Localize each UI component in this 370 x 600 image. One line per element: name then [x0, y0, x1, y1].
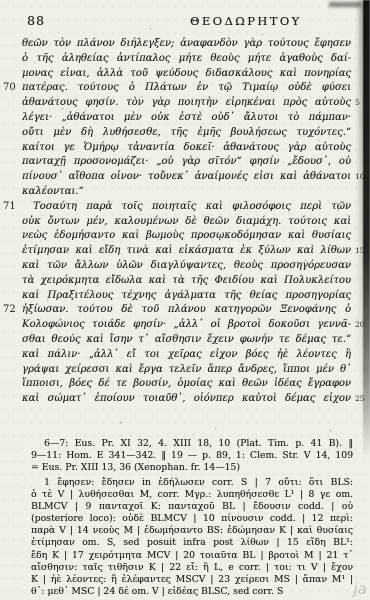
text-line: καίτοι γε Ὁμήρῳ τἀναντία δοκεῖ· ἀθανάτου…: [3, 141, 368, 156]
apparatus-line: ὁ τὲ V | λυθήσεσθαι M, corr. Mγρ.: λυπηθ…: [31, 489, 353, 501]
text-line: Κολοφώνιος τοιάδε φησίν· „ἀλλ᾽ οἱ βροτοὶ…: [3, 318, 368, 333]
line-text: τὰ χειρόκμητα εἴδωλα καὶ τὰ τῆς Φειδίου …: [22, 274, 355, 289]
apparatus-line: K | ἠὲ λέοντες: ἢ ἐλέφαντες MSCV | 23 χε…: [31, 574, 353, 586]
line-text: πατέρας. τούτους ὁ Πλάτων ἐν τῷ Τιμαίῳ ο…: [22, 81, 355, 96]
line-number: 15: [355, 244, 368, 259]
text-line: καὶ τῶν ἄλλων ὑλῶν διαγλύψαντες, θεοὺς π…: [3, 259, 368, 274]
scan-watermark: ja: [354, 580, 367, 598]
main-greek-text: θεῶν τὸν πλάνον διήλεγξεν; ἀναφανδὸν γὰρ…: [3, 37, 368, 407]
page-number: 88: [27, 13, 45, 28]
text-line: 72 ἠξίωσαν. τούτου δὲ τοῦ πλάνου κατηγορ…: [3, 303, 368, 318]
line-text: πανταχῇ προσονομάζει· „οὐ γὰρ σῖτόν“ φησ…: [22, 155, 355, 170]
running-head: 88 ΘΕΟΔΩΡΗΤΟΥ: [0, 13, 370, 29]
text-line: πίνουσ᾽ αἴθοπα οἶνον· τοὔνεκ᾽ ἀναίμονές …: [3, 170, 368, 185]
text-line: καὶ σώματ᾽ ἐποίουν τοιαῦθ᾽, οἷόνπερ καὐτ…: [3, 392, 368, 407]
line-text: ἀθανάτους φησίν. τὸν γὰρ ποιητὴν εἰρηκέν…: [22, 96, 355, 111]
apparatus-line: παρὰ V | 14 νεοὺς M | ἐδωμήσαντο BS: ἐδώ…: [31, 525, 353, 537]
line-text: οὔτι μὲν δὴ λυθήσεσθε, τῆς ἐμῆς βουλήσεω…: [22, 126, 355, 141]
text-line: πανταχῇ προσονομάζει· „οὐ γὰρ σῖτόν“ φησ…: [3, 155, 368, 170]
running-title: ΘΕΟΔΩΡΗΤΟΥ: [190, 14, 302, 28]
section-number: 70: [3, 81, 22, 96]
line-number: 5: [355, 96, 368, 111]
apparatus-line: ἔδη K | 17 χειρότμητα MCV | 20 τοιαῦτα B…: [31, 550, 353, 562]
line-text: ἐτίμησαν καὶ εἴδη τινὰ καὶ εἰκάσματα ἐκ …: [22, 244, 355, 259]
section-number: 72: [3, 303, 22, 318]
line-text: οὐκ ὄντων μέν, καλουμένων δὲ θεῶν διαμάχ…: [22, 215, 355, 230]
line-text: πίνουσ᾽ αἴθοπα οἶνον· τοὔνεκ᾽ ἀναίμονές …: [22, 170, 355, 185]
text-line: λέγει· „ἀθάνατοι μὲν οὐκ ἐστὲ οὐδ᾽ ἄλυτο…: [3, 111, 368, 126]
book-page-scan: 88 ΘΕΟΔΩΡΗΤΟΥ θεῶν τὸν πλάνον διήλεγξεν;…: [0, 0, 370, 600]
apparatus-line: ἐτίμησαν om. S, sed posuit infra post λί…: [31, 537, 353, 549]
text-line: τὰ χειρόκμητα εἴδωλα καὶ τὰ τῆς Φειδίου …: [3, 274, 368, 289]
text-line: οὐκ ὄντων μέν, καλουμένων δὲ θεῶν διαμάχ…: [3, 215, 368, 230]
line-text: θεῶν τὸν πλάνον διήλεγξεν; ἀναφανδὸν γὰρ…: [22, 37, 355, 52]
line-text: γράψαι χείρεσσι καὶ ἔργα τελεῖν ἅπερ ἄνδ…: [22, 363, 355, 378]
testimonia-line: 9—11: Hom. E 341—342. ‖ 19 — p. 89, 1: C…: [31, 450, 353, 462]
text-line: νεὼς ἐδομήσαντο καὶ βωμοὺς προσῳκοδόμησα…: [3, 229, 368, 244]
text-line: 70 πατέρας. τούτους ὁ Πλάτων ἐν τῷ Τιμαί…: [3, 81, 368, 96]
apparatus-line: θ᾽: μεθ᾽ MSC | 24 δέ om. V | εἰδέας BLSC…: [31, 586, 353, 598]
section-number: 71: [3, 200, 22, 215]
line-text: Κολοφώνιος τοιάδε φησίν· „ἀλλ᾽ οἱ βροτοὶ…: [22, 318, 355, 333]
line-text: καὶ Πραξιτέλους τέχνης ἀγάλματα τῆς θεία…: [22, 289, 355, 304]
line-text: λέγει· „ἀθάνατοι μὲν οὐκ ἐστὲ οὐδ᾽ ἄλυτο…: [22, 111, 355, 126]
line-text: νεὼς ἐδομήσαντο καὶ βωμοὺς προσῳκοδόμησα…: [22, 229, 355, 244]
line-number: 10: [355, 170, 368, 185]
text-line: ἀθανάτους φησίν. τὸν γὰρ ποιητὴν εἰρηκέν…: [3, 96, 368, 111]
line-text: ὁ τῆς ἀληθείας ἀντίπαλος μήτε θεοὺς μήτε…: [22, 52, 355, 67]
text-line: ἐτίμησαν καὶ εἴδη τινὰ καὶ εἰκάσματα ἐκ …: [3, 244, 368, 259]
testimonia-line: = Eus. Pr. XIII 13, 36 (Xenophan. fr. 14…: [31, 462, 353, 474]
text-line: σθαι θεούς καὶ ἴσην τ᾽ αἴσθησιν ἔχειν φω…: [3, 333, 368, 348]
line-number: 20: [355, 318, 368, 333]
apparatus-line: (posteriore loco): οὐδὲ BLMCV | 10 πίνου…: [31, 513, 353, 525]
line-text: μονας εἶναι, ἀλλὰ τοῦ ψεύδους διδασκάλου…: [22, 67, 355, 82]
line-text: καὶ σώματ᾽ ἐποίουν τοιαῦθ᾽, οἷόνπερ καὐτ…: [22, 392, 355, 407]
line-text: καὶ τῶν ἄλλων ὑλῶν διαγλύψαντες, θεοὺς π…: [22, 259, 355, 274]
text-line: ἵπποισι, βόες δέ τε βουσίν, ὁμοίας καὶ θ…: [3, 377, 368, 392]
text-line: καὶ πάλιν· „ἀλλ᾽ εἴ τοι χεῖρας εἶχον βόε…: [3, 348, 368, 363]
scan-corner-smudge: [329, 2, 361, 7]
scan-noise-specks: [0, 0, 1, 1]
line-text: ἵπποισι, βόες δέ τε βουσίν, ὁμοίας καὶ θ…: [22, 377, 355, 392]
line-text: Τοσαύτη παρὰ τοῖς ποιηταῖς καὶ φιλοσόφοι…: [22, 200, 355, 215]
text-line: καὶ Πραξιτέλους τέχνης ἀγάλματα τῆς θεία…: [3, 289, 368, 304]
apparatus-line: BLMCV | 9 πανταχοῖ K: πανταχοῦ BL | ἔδου…: [31, 501, 353, 513]
text-line: καλέονται.“: [3, 185, 368, 200]
text-line: οὔτι μὲν δὴ λυθήσεσθε, τῆς ἐμῆς βουλήσεω…: [3, 126, 368, 141]
line-text: καλέονται.“: [22, 185, 355, 200]
line-text: σθαι θεούς καὶ ἴσην τ᾽ αἴσθησιν ἔχειν φω…: [22, 333, 355, 348]
line-text: καὶ πάλιν· „ἀλλ᾽ εἴ τοι χεῖρας εἶχον βόε…: [22, 348, 355, 363]
testimonia-line: 6—7: Eus. Pr. XI 32, 4. XIII 18, 10 (Pla…: [31, 438, 353, 450]
apparatus-criticus: 1 ἔφησεν: ἔδησεν in ἐδήλωσεν corr. S | 7…: [31, 477, 353, 598]
testimonia-references: 6—7: Eus. Pr. XI 32, 4. XIII 18, 10 (Pla…: [31, 438, 353, 474]
apparatus-line: 1 ἔφησεν: ἔδησεν in ἐδήλωσεν corr. S | 7…: [31, 477, 353, 489]
text-line: θεῶν τὸν πλάνον διήλεγξεν; ἀναφανδὸν γὰρ…: [3, 37, 368, 52]
text-line: ὁ τῆς ἀληθείας ἀντίπαλος μήτε θεοὺς μήτε…: [3, 52, 368, 67]
text-line: μονας εἶναι, ἀλλὰ τοῦ ψεύδους διδασκάλου…: [3, 67, 368, 82]
text-line: 71 Τοσαύτη παρὰ τοῖς ποιηταῖς καὶ φιλοσό…: [3, 200, 368, 215]
text-line: γράψαι χείρεσσι καὶ ἔργα τελεῖν ἅπερ ἄνδ…: [3, 363, 368, 378]
apparatus-line: αἴσθησιν: ταῖς τιθῆσιν K | 22 εἴ: ἢ L, e…: [31, 562, 353, 574]
line-text: καίτοι γε Ὁμήρῳ τἀναντία δοκεῖ· ἀθανάτου…: [22, 141, 355, 156]
line-text: ἠξίωσαν. τούτου δὲ τοῦ πλάνου κατηγορῶν …: [22, 303, 355, 318]
line-number: 25: [355, 392, 368, 407]
